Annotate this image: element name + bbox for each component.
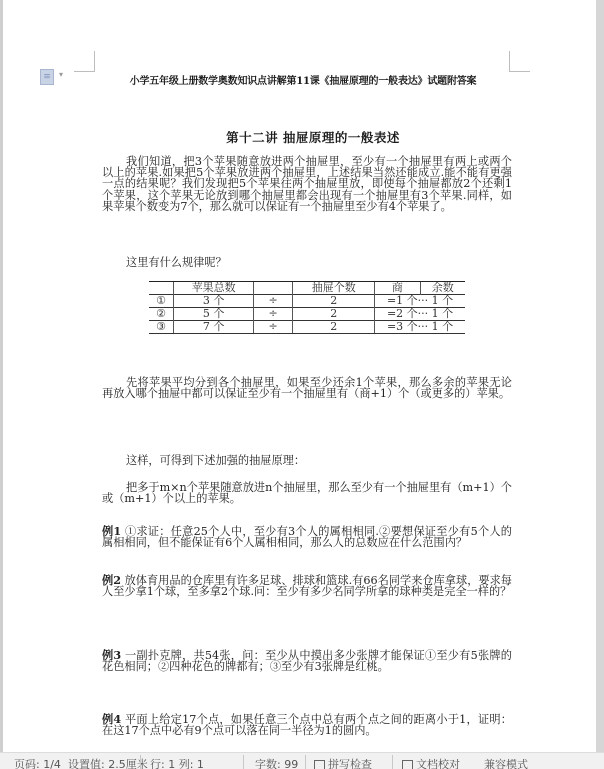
compat-mode[interactable]: 兼容模式	[484, 756, 528, 769]
drawers-cell: 2	[293, 308, 375, 321]
example-4: 例4 平面上给定17个点，如果任意三个点中总有两个点之间的距离小于1，证明：在这…	[102, 714, 512, 736]
rule-table: 苹果总数 抽屉个数 商 余数 ① 3 个 ÷ 2 =1 个··· 1 个 ② 5…	[149, 281, 465, 334]
document-page[interactable]: ≡ ▾ 小学五年级上册数学奥数知识点讲解第11课《抽屉原理的一般表达》试题附答案…	[3, 0, 596, 752]
intro-paragraph: 我们知道，把3个苹果随意放进两个抽屉里，至少有一个抽屉里有两上或两个以上的苹果.…	[102, 156, 512, 212]
lesson-title: 第十二讲 抽屉原理的一般表述	[103, 128, 523, 146]
spell-check-label: 拼写检查	[328, 758, 372, 769]
doc-proofread-toggle[interactable]: 文档校对	[402, 756, 460, 769]
example-1: 例1 ①求证：任意25个人中，至少有3个人的属相相同.②要想保证至少有5个人的属…	[102, 526, 512, 548]
example-text: 放体育用品的仓库里有许多足球、排球和篮球.有66名同学来仓库拿球，要求每人至少拿…	[102, 574, 512, 598]
table-row: ③ 7 个 ÷ 2 =3 个··· 1 个	[149, 321, 465, 334]
table-header-cell: 商	[375, 282, 420, 295]
result-cell: =1 个··· 1 个	[375, 295, 465, 308]
table-header-row: 苹果总数 抽屉个数 商 余数	[149, 282, 465, 295]
operator-cell: ÷	[253, 308, 292, 321]
example-2: 例2 放体育用品的仓库里有许多足球、排球和篮球.有66名同学来仓库拿球，要求每人…	[102, 575, 512, 597]
apples-cell: 3 个	[174, 295, 254, 308]
status-divider	[140, 755, 141, 769]
table-row: ② 5 个 ÷ 2 =2 个··· 1 个	[149, 308, 465, 321]
transition-line: 这样，可得到下述加强的抽屉原理：	[102, 455, 512, 466]
operator-cell: ÷	[253, 295, 292, 308]
proofread-icon	[402, 760, 413, 769]
status-divider	[392, 755, 393, 769]
example-text: 一副扑克牌，共54张，问：至少从中摸出多少张牌才能保证①至少有5张牌的花色相同；…	[102, 649, 512, 673]
example-3: 例3 一副扑克牌，共54张，问：至少从中摸出多少张牌才能保证①至少有5张牌的花色…	[102, 650, 512, 672]
explanation-paragraph: 先将苹果平均分到各个抽屉里，如果至少还余1个苹果，那么多余的苹果无论再放入哪个抽…	[102, 377, 512, 399]
table-header-cell: 苹果总数	[174, 282, 254, 295]
status-line-column: 行: 1 列: 1	[150, 756, 204, 769]
result-cell: =3 个··· 1 个	[375, 321, 465, 334]
proofread-label: 文档校对	[416, 758, 460, 769]
vertical-scrollbar[interactable]	[596, 0, 604, 752]
row-index: ③	[149, 321, 174, 334]
question-line: 这里有什么规律呢？	[102, 257, 512, 268]
drawers-cell: 2	[293, 321, 375, 334]
page-header-title: 小学五年级上册数学奥数知识点讲解第11课《抽屉原理的一般表达》试题附答案	[103, 72, 503, 87]
example-text: ①求证：任意25个人中，至少有3个人的属相相同.②要想保证至少有5个人的属相相同…	[102, 525, 512, 549]
spell-check-toggle[interactable]: 拼写检查	[314, 756, 372, 769]
apples-cell: 5 个	[174, 308, 254, 321]
result-cell: =2 个··· 1 个	[375, 308, 465, 321]
margin-corner-top-left	[74, 51, 95, 72]
status-word-count[interactable]: 字数: 99	[255, 756, 298, 769]
principle-paragraph: 把多于m×n个苹果随意放进n个抽屉里，那么至少有一个抽屉里有（m+1）个或（m+…	[102, 482, 512, 504]
margin-corner-top-right	[509, 51, 530, 72]
status-divider	[305, 755, 306, 769]
spell-check-icon	[314, 760, 325, 769]
status-setting-value[interactable]: 设置值: 2.5厘米	[68, 756, 148, 769]
status-divider	[243, 755, 244, 769]
table-row: ① 3 个 ÷ 2 =1 个··· 1 个	[149, 295, 465, 308]
status-page-number[interactable]: 页码: 1/4	[14, 756, 61, 769]
table-header-cell: 余数	[420, 282, 465, 295]
row-index: ②	[149, 308, 174, 321]
operator-cell: ÷	[253, 321, 292, 334]
apples-cell: 7 个	[174, 321, 254, 334]
chevron-down-icon[interactable]: ▾	[59, 70, 63, 79]
row-index: ①	[149, 295, 174, 308]
example-text: 平面上给定17个点，如果任意三个点中总有两个点之间的距离小于1，证明：在这17个…	[102, 713, 512, 737]
document-icon[interactable]: ≡	[40, 69, 54, 85]
status-bar: 页码: 1/4 设置值: 2.5厘米 行: 1 列: 1 字数: 99 拼写检查…	[0, 752, 604, 769]
table-header-cell: 抽屉个数	[293, 282, 375, 295]
drawers-cell: 2	[293, 295, 375, 308]
table-header-cell	[253, 282, 292, 295]
table-header-cell	[149, 282, 174, 295]
